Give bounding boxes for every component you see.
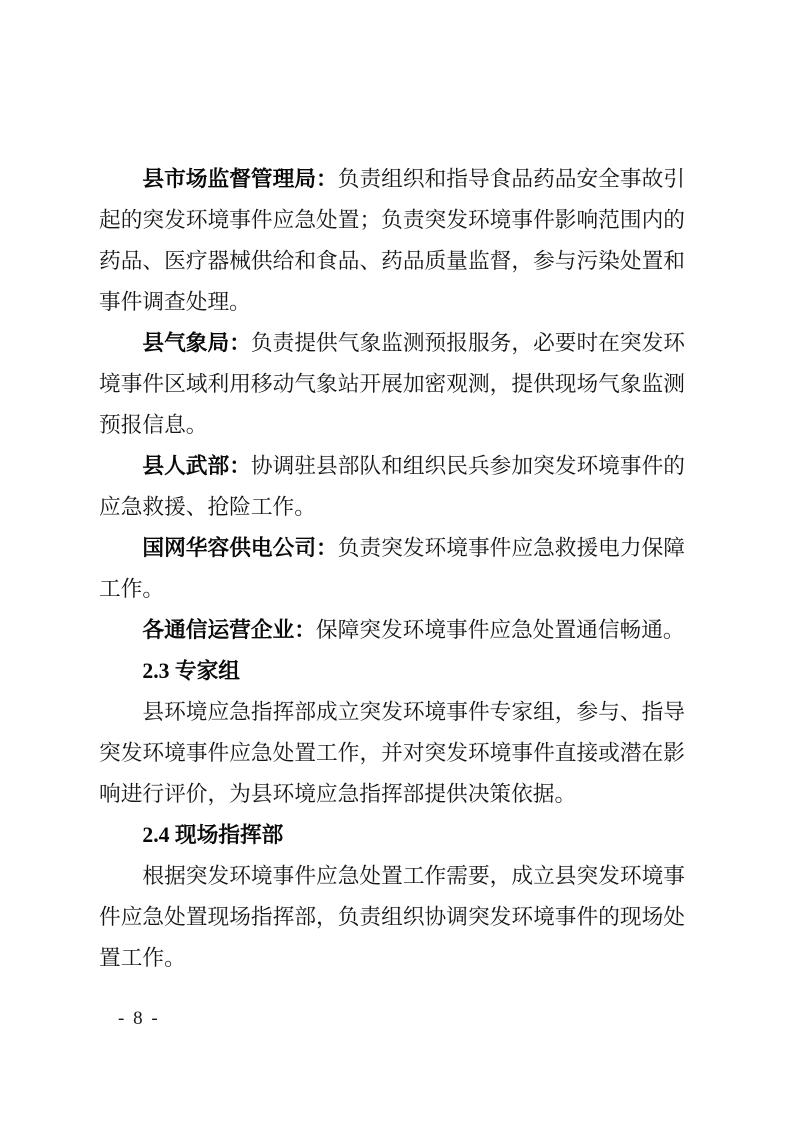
section-heading: 2.4 现场指挥部: [99, 815, 685, 856]
paragraph: 县市场监督管理局：负责组织和指导食品药品安全事故引起的突发环境事件应急处置；负责…: [99, 159, 685, 323]
paragraph-lead: 国网华容供电公司：: [142, 536, 337, 560]
paragraph-lead: 县市场监督管理局：: [142, 167, 337, 191]
paragraph: 各通信运营企业：保障突发环境事件应急处置通信畅通。: [99, 610, 685, 651]
paragraph-lead: 各通信运营企业：: [142, 618, 316, 642]
section-heading: 2.3 专家组: [99, 651, 685, 692]
paragraph: 根据突发环境事件应急处置工作需要，成立县突发环境事件应急处置现场指挥部，负责组织…: [99, 856, 685, 979]
section-heading-label: 2.3 专家组: [142, 659, 240, 683]
paragraph: 县环境应急指挥部成立突发环境事件专家组，参与、指导突发环境事件应急处置工作，并对…: [99, 692, 685, 815]
section-heading-label: 2.4 现场指挥部: [142, 823, 283, 847]
paragraph: 县气象局：负责提供气象监测预报服务，必要时在突发环境事件区域利用移动气象站开展加…: [99, 323, 685, 446]
paragraph-text: 保障突发环境事件应急处置通信畅通。: [316, 618, 685, 642]
paragraph-lead: 县气象局：: [142, 331, 251, 355]
paragraph-lead: 县人武部：: [142, 454, 251, 478]
paragraph-text: 县环境应急指挥部成立突发环境事件专家组，参与、指导突发环境事件应急处置工作，并对…: [99, 700, 685, 806]
document-body: 县市场监督管理局：负责组织和指导食品药品安全事故引起的突发环境事件应急处置；负责…: [99, 159, 685, 979]
paragraph: 县人武部：协调驻县部队和组织民兵参加突发环境事件的应急救援、抢险工作。: [99, 446, 685, 528]
paragraph: 国网华容供电公司：负责突发环境事件应急救援电力保障工作。: [99, 528, 685, 610]
document-page: 县市场监督管理局：负责组织和指导食品药品安全事故引起的突发环境事件应急处置；负责…: [0, 0, 793, 1122]
page-number: - 8 -: [118, 1007, 160, 1031]
paragraph-text: 根据突发环境事件应急处置工作需要，成立县突发环境事件应急处置现场指挥部，负责组织…: [99, 864, 685, 970]
